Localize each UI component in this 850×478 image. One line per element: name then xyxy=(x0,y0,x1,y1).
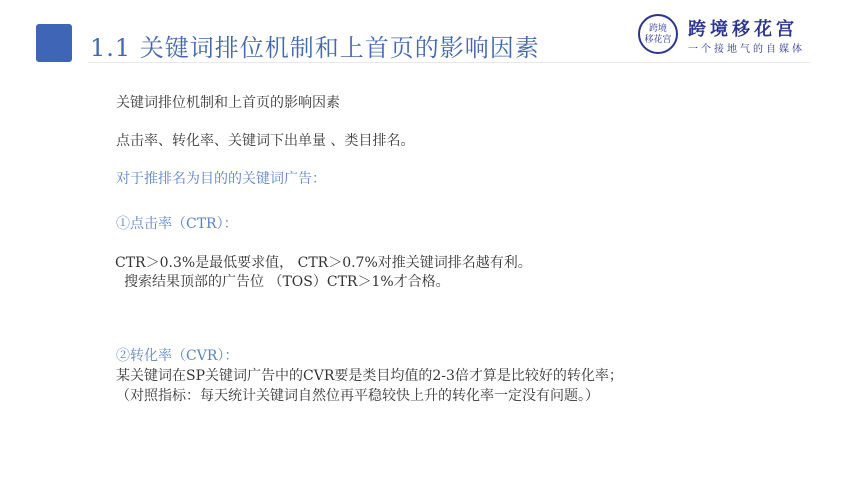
header-accent-block xyxy=(36,24,72,62)
ctr-line-2: 搜索结果顶部的广告位 （TOS）CTR＞1%才合格。 xyxy=(124,271,450,291)
seal-text-line2: 移花宫 xyxy=(640,35,676,46)
subtitle: 关键词排位机制和上首页的影响因素 xyxy=(116,92,340,112)
ctr-line-1: CTR＞0.3%是最低要求值， CTR＞0.7%对推关键词排名越有利。 xyxy=(115,252,532,272)
ctr-heading: ①点击率（CTR）： xyxy=(116,213,238,233)
brand-name: 跨境移花宫 xyxy=(688,15,798,41)
cvr-line-2: （对照指标：每天统计关键词自然位再平稳较快上升的转化率一定没有问题。） xyxy=(116,385,599,405)
header-divider xyxy=(88,62,810,63)
brand-logo: 跨境 移花宫 跨境移花宫 一个接地气的自媒体 xyxy=(638,12,818,60)
brand-slogan: 一个接地气的自媒体 xyxy=(688,40,805,55)
seal-text-line1: 跨境 xyxy=(640,24,676,35)
cvr-line-1: 某关键词在SP关键词广告中的CVR要是类目均值的2-3倍才算是比较好的转化率； xyxy=(116,365,623,385)
seal-icon: 跨境 移花宫 xyxy=(638,14,678,54)
factors-text: 点击率、转化率、关键词下出单量 、类目排名。 xyxy=(116,130,414,150)
page-title: 1.1 关键词排位机制和上首页的影响因素 xyxy=(90,28,540,63)
ad-intro: 对于推排名为目的的关键词广告： xyxy=(116,168,326,188)
cvr-heading: ②转化率（CVR）： xyxy=(116,345,238,365)
